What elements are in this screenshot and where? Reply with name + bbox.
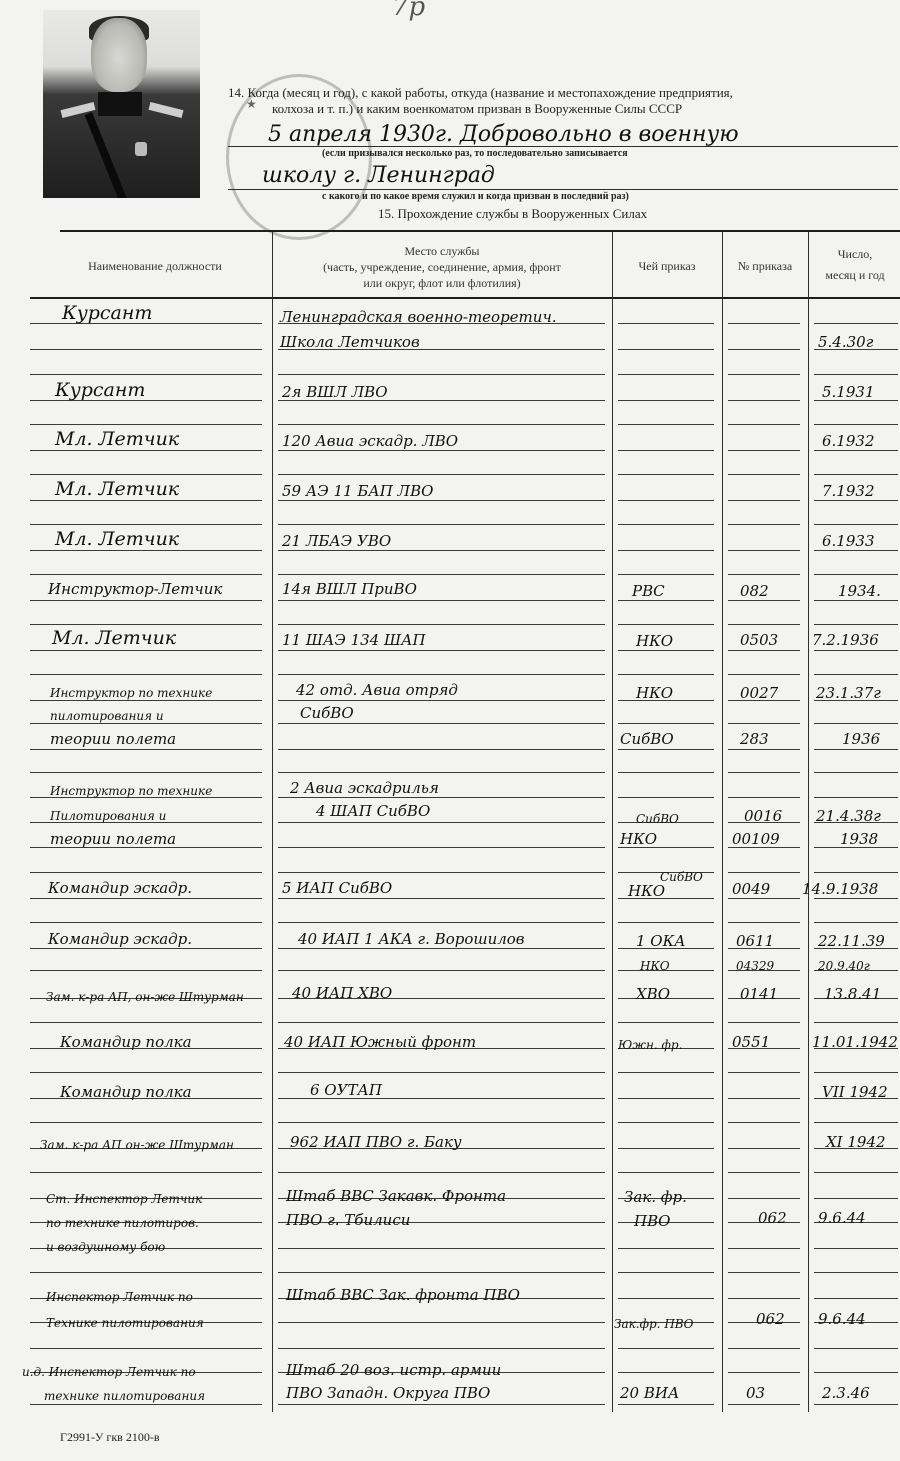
cell-date: 23.1.37г [816,682,881,704]
cell-whose-order-note: СибВО [660,866,703,888]
cell-position: Курсант [62,302,152,324]
cell-date: 21.4.38г [816,805,881,827]
form-code: Г2991-У гкв 2100-в [60,1430,160,1445]
header-order-number: № приказа [724,258,806,274]
cell-place: 42 отд. Авиа отряд [296,679,458,701]
cell-place: 40 ИАП Южный фронт [284,1031,476,1053]
cell-date: VII 1942 [822,1081,888,1103]
cell-order-number: 082 [740,580,769,602]
cell-place: 120 Авиа эскадр. ЛВО [282,430,458,452]
cell-place: 40 ИАП ХВО [292,982,392,1004]
cell-date: 5.1931 [822,381,875,403]
cell-order-number: 0027 [740,682,778,704]
header-date-line1: Число, [810,246,900,262]
cell-place: Штаб ВВС Закавк. Фронта [286,1185,506,1207]
cell-date: 9.6.44 [818,1308,866,1330]
cell-position: Командир полка [60,1081,192,1103]
cell-place: 6 ОУТАП [310,1079,382,1101]
cell-place: Школа Летчиков [280,331,420,353]
section15-title: 15. Прохождение службы в Вооруженных Сил… [378,206,647,222]
cell-whose-order: НКО [640,955,670,977]
cell-position: Мл. Летчик [55,428,179,450]
column-divider [272,232,273,1412]
section14-answer-line1: 5 апреля 1930г. Добровольно в военную [268,122,739,147]
column-divider [808,232,809,1412]
cell-date: 5.4.30г [818,331,873,353]
cell-position: Мл. Летчик [52,627,176,649]
column-divider [722,232,723,1412]
cell-order-number: 0141 [740,983,778,1005]
cell-date: 11.01.1942 [812,1031,898,1053]
column-divider [612,232,613,1412]
cell-whose-order: НКО [628,880,665,902]
cell-position: по технике пилотиров. [46,1212,199,1234]
cell-order-number: 04329 [736,955,774,977]
cell-position: Инспектор Летчик по [46,1286,193,1308]
cell-place: Штаб ВВС Зак. фронта ПВО [286,1284,520,1306]
cell-date: 22.11.39 [818,930,885,952]
cell-place: 5 ИАП СибВО [282,877,392,899]
cell-date: 20.9.40г [818,955,870,977]
section14-question-line2: колхоза и т. п.) и каким военкоматом при… [272,101,682,117]
header-whose-order: Чей приказ [614,258,720,274]
cell-position: Пилотирования и [50,805,166,827]
cell-date: 14.9.1938 [802,878,878,900]
cell-whose-order: 1 ОКА [636,930,686,952]
cell-place: 40 ИАП 1 АКА г. Ворошилов [298,928,525,950]
header-position: Наименование должности [40,258,270,274]
cell-date: 7.1932 [822,480,875,502]
cell-position: пилотирования и [50,705,164,727]
cell-order-number: 0611 [736,930,774,952]
cell-position: Командир эскадр. [48,877,192,899]
cell-whose-order: СибВО [636,808,679,830]
cell-position: Командир эскадр. [48,928,192,950]
cell-whose-order: НКО [636,630,673,652]
cell-whose-order: Южн. фр. [618,1034,682,1056]
header-date-line2: месяц и год [810,267,900,283]
cell-order-number: 00109 [732,828,780,850]
table-header-border [30,297,900,299]
cell-place: Штаб 20 воз. истр. армии [286,1359,501,1381]
cell-date: 6.1932 [822,430,875,452]
cell-order-number: 0551 [732,1031,770,1053]
cell-whose-order: НКО [636,682,673,704]
cell-position: и.д. Инспектор Летчик по [22,1361,196,1383]
cell-order-number: 03 [746,1382,765,1404]
cell-position: Технике пилотирования [46,1312,204,1334]
cell-position: Курсант [55,379,145,401]
cell-position: теории полета [50,828,176,850]
cell-whose-order: СибВО [620,728,674,750]
cell-date: 9.6.44 [818,1207,866,1229]
cell-place: 14я ВШЛ ПриВО [282,578,417,600]
cell-position: технике пилотирования [44,1385,205,1407]
cell-date: 1936 [842,728,880,750]
cell-position: Зам. к-ра АП он-же Штурман [40,1134,234,1156]
cell-position: Мл. Летчик [55,478,179,500]
section14-answer-line2: школу г. Ленинград [262,163,495,188]
cell-order-number: 283 [740,728,769,750]
cell-position: Инструктор по технике [50,682,212,704]
cell-place: СибВО [300,702,354,724]
cell-position: Ст. Инспектор Летчик [46,1188,202,1210]
section14-hint1: (если призывался несколько раз, то после… [322,148,628,159]
cell-whose-order: ПВО [634,1210,670,1232]
header-place-line3: или округ, флот или флотилия) [274,275,610,291]
top-note: 7р [392,0,425,22]
cell-place: 2 Авиа эскадрилья [290,777,439,799]
table-top-border [60,230,900,232]
cell-order-number: 0016 [744,805,782,827]
cell-position: и воздушному бою [46,1236,165,1258]
cell-position: Командир полка [60,1031,192,1053]
cell-order-number: 0049 [732,878,770,900]
cell-order-number: 062 [756,1308,785,1330]
section14-hint2: с какого и по какое время служил и когда… [322,191,629,202]
cell-whose-order: Зак. фр. [624,1186,687,1208]
cell-date: 2.3.46 [822,1382,870,1404]
cell-whose-order: НКО [620,828,657,850]
cell-place: 59 АЭ 11 БАП ЛВО [282,480,433,502]
cell-order-number: 062 [758,1207,787,1229]
cell-whose-order: РВС [632,580,665,602]
cell-position: Инструктор-Летчик [48,578,222,600]
cell-date: 13.8.41 [824,983,881,1005]
header-place-line1: Место службы [274,243,610,259]
cell-date: 6.1933 [822,530,875,552]
cell-place: 4 ШАП СибВО [316,800,430,822]
cell-date: XI 1942 [826,1131,886,1153]
cell-whose-order: ХВО [636,983,670,1005]
cell-order-number: 0503 [740,629,778,651]
cell-place: Ленинградская военно-теоретич. [280,306,557,328]
medal-icon [135,142,147,156]
cell-place: 2я ВШЛ ЛВО [282,381,388,403]
cell-position: Инструктор по технике [50,780,212,802]
cell-place: ПВО Западн. Округа ПВО [286,1382,490,1404]
cell-place: 962 ИАП ПВО г. Баку [290,1131,462,1153]
cell-place: ПВО г. Тбилиси [286,1209,410,1231]
cell-place: 21 ЛБАЭ УВО [282,530,391,552]
officer-photo [43,10,200,198]
cell-position: Мл. Летчик [55,528,179,550]
cell-position: теории полета [50,728,176,750]
cell-date: 1934. [838,580,881,602]
section14-question-line1: 14. Когда (месяц и год), с какой работы,… [228,85,733,101]
cell-place: 11 ШАЭ 134 ШАП [282,629,426,651]
header-place-line2: (часть, учреждение, соединение, армия, ф… [274,259,610,275]
cell-position: Зам. к-ра АП, он-же Штурман [46,986,244,1008]
cell-date: 7.2.1936 [812,629,879,651]
cell-date: 1938 [840,828,878,850]
cell-whose-order: 20 ВИА [620,1382,679,1404]
cell-whose-order: Зак.фр. ПВО [614,1313,693,1335]
